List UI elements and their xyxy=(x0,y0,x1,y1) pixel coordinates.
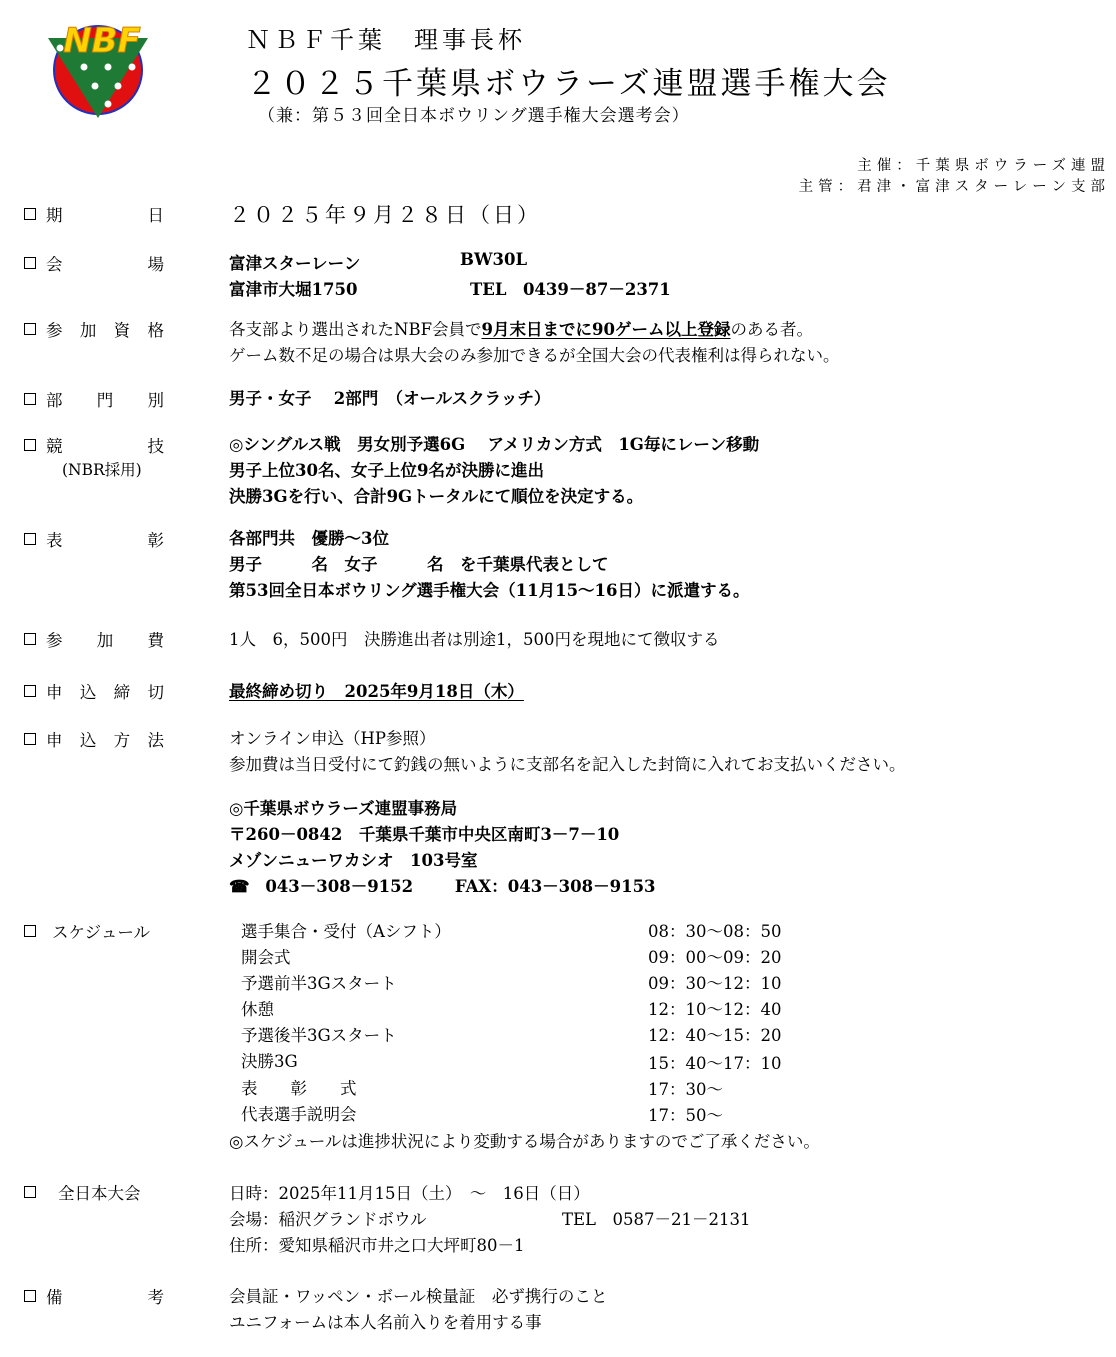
office-postal: 〒260－0842 千葉県千葉市中央区南町3－7－10 xyxy=(229,821,619,845)
label-fee: 参加費 xyxy=(24,627,164,651)
label-date: 期日 xyxy=(24,202,164,226)
label-divisions: 部門別 xyxy=(24,387,164,411)
label-eligibility: 参加資格 xyxy=(24,317,164,341)
checkbox-icon xyxy=(24,633,36,645)
label-venue: 会場 xyxy=(24,251,164,275)
checkbox-icon xyxy=(24,257,36,269)
checkbox-icon xyxy=(24,733,36,745)
competition-line: 男子上位30名、女子上位9名が決勝に進出 xyxy=(229,457,544,481)
office-phone: 043－308－9152 xyxy=(265,877,413,896)
schedule-note: ◎スケジュールは進捗状況により変動する場合がありますのでご了承ください。 xyxy=(229,1128,820,1152)
checkbox-icon xyxy=(24,1290,36,1302)
eligibility-line1: 各支部より選出されたNBF会員で9月末日までに90ゲーム以上登録のある者。 xyxy=(229,316,813,340)
schedule-item-name: 予選前半3Gスタート xyxy=(241,970,397,994)
notes-line: ユニフォームは本人名前入りを着用する事 xyxy=(229,1309,542,1333)
competition-line: 決勝3Gを行い、合計9Gトータルにて順位を決定する。 xyxy=(229,483,643,507)
national-datetime: 日時：2025年11月15日（土） ～ 16日（日） xyxy=(229,1180,590,1204)
application-line: 参加費は当日受付にて釣銭の無いように支部名を記入した封筒に入れてお支払いください… xyxy=(229,751,906,775)
checkbox-icon xyxy=(24,1186,36,1198)
fee-value: 1人 6，500円 決勝進出者は別途1，500円を現地にて徴収する xyxy=(229,626,719,650)
schedule-item-time: 09：30～12：10 xyxy=(648,970,781,994)
host: 主管：君津・富津スターレーン支部 xyxy=(799,175,1110,196)
national-venue: 会場：稲沢グランドボウル xyxy=(229,1206,427,1230)
schedule-item-time: 15：40～17：10 xyxy=(648,1050,781,1074)
eligibility-line2: ゲーム数不足の場合は県大会のみ参加できるが全国大会の代表権利は得られない。 xyxy=(229,342,840,366)
label-deadline: 申込締切 xyxy=(24,679,164,703)
office-phone-row: ☎ 043－308－9152 FAX：043－308－9153 xyxy=(229,873,656,897)
schedule-item-time: 17：50～ xyxy=(648,1102,723,1126)
schedule-item-name: 決勝3G xyxy=(241,1048,298,1072)
schedule-item-name: 休憩 xyxy=(241,996,274,1020)
page-title: ２０２５千葉県ボウラーズ連盟選手権大会 xyxy=(246,58,890,103)
label-awards: 表彰 xyxy=(24,527,164,551)
checkbox-icon xyxy=(24,439,36,451)
label-notes: 備考 xyxy=(24,1284,164,1308)
label-schedule: スケジュール xyxy=(24,919,150,943)
checkbox-icon xyxy=(24,533,36,545)
checkbox-icon xyxy=(24,925,36,937)
awards-line: 第53回全日本ボウリング選手権大会（11月15～16日）に派遣する。 xyxy=(229,577,750,601)
schedule-item-time: 08：30～08：50 xyxy=(648,918,781,942)
checkbox-icon xyxy=(24,208,36,220)
checkbox-icon xyxy=(24,323,36,335)
event-date: ２０２５年９月２８日（日） xyxy=(229,199,541,229)
schedule-item-name: 表 彰 式 xyxy=(241,1075,357,1099)
deadline-value: 最終締め切り 2025年9月18日（木） xyxy=(229,678,524,702)
schedule-item-name: 開会式 xyxy=(241,944,291,968)
awards-line: 男子 名 女子 名 を千葉県代表として xyxy=(229,551,609,575)
office-fax: FAX：043－308－9153 xyxy=(455,877,656,896)
label-application: 申込方法 xyxy=(24,727,164,751)
checkbox-icon xyxy=(24,685,36,697)
venue-lanes: BW30L xyxy=(460,250,527,269)
awards-line: 各部門共 優勝～3位 xyxy=(229,525,389,549)
svg-text:NBF: NBF xyxy=(63,21,141,61)
competition-sublabel: (NBR採用) xyxy=(62,458,142,480)
schedule-item-name: 代表選手説明会 xyxy=(241,1101,357,1125)
schedule-item-name: 予選後半3Gスタート xyxy=(241,1022,397,1046)
divisions-value: 男子・女子 2部門 （オールスクラッチ） xyxy=(229,385,550,409)
title-subtitle: （兼：第５３回全日本ボウリング選手権大会選考会） xyxy=(258,101,690,126)
national-tel: TEL 0587－21－2131 xyxy=(562,1206,751,1230)
phone-icon: ☎ xyxy=(229,877,250,896)
organizer: 主催：千葉県ボウラーズ連盟 xyxy=(857,154,1110,175)
label-national: 全日本大会 xyxy=(24,1180,141,1204)
schedule-item-time: 12：10～12：40 xyxy=(648,996,781,1020)
application-line: オンライン申込（HP参照） xyxy=(229,725,436,749)
competition-line: ◎シングルス戦 男女別予選6G アメリカン方式 1G毎にレーン移動 xyxy=(229,431,759,455)
office-name: ◎千葉県ボウラーズ連盟事務局 xyxy=(229,795,457,819)
schedule-item-time: 12：40～15：20 xyxy=(648,1022,781,1046)
venue-name: 富津スターレーン xyxy=(229,250,360,274)
venue-tel: TEL 0439－87－2371 xyxy=(470,276,671,300)
notes-line: 会員証・ワッペン・ボール検量証 必ず携行のこと xyxy=(229,1283,607,1307)
venue-address: 富津市大堀1750 xyxy=(229,276,357,300)
checkbox-icon xyxy=(24,393,36,405)
label-competition: 競技 xyxy=(24,433,164,457)
schedule-item-name: 選手集合・受付（Aシフト） xyxy=(241,918,451,942)
schedule-item-time: 09：00～09：20 xyxy=(648,944,781,968)
nbf-logo: NBF xyxy=(44,16,152,120)
office-building: メゾンニューワカシオ 103号室 xyxy=(229,847,477,871)
schedule-item-time: 17：30～ xyxy=(648,1076,723,1100)
title-cup: ＮＢＦ千葉 理事長杯 xyxy=(246,20,526,55)
national-address: 住所：愛知県稲沢市井之口大坪町80－1 xyxy=(229,1232,525,1256)
